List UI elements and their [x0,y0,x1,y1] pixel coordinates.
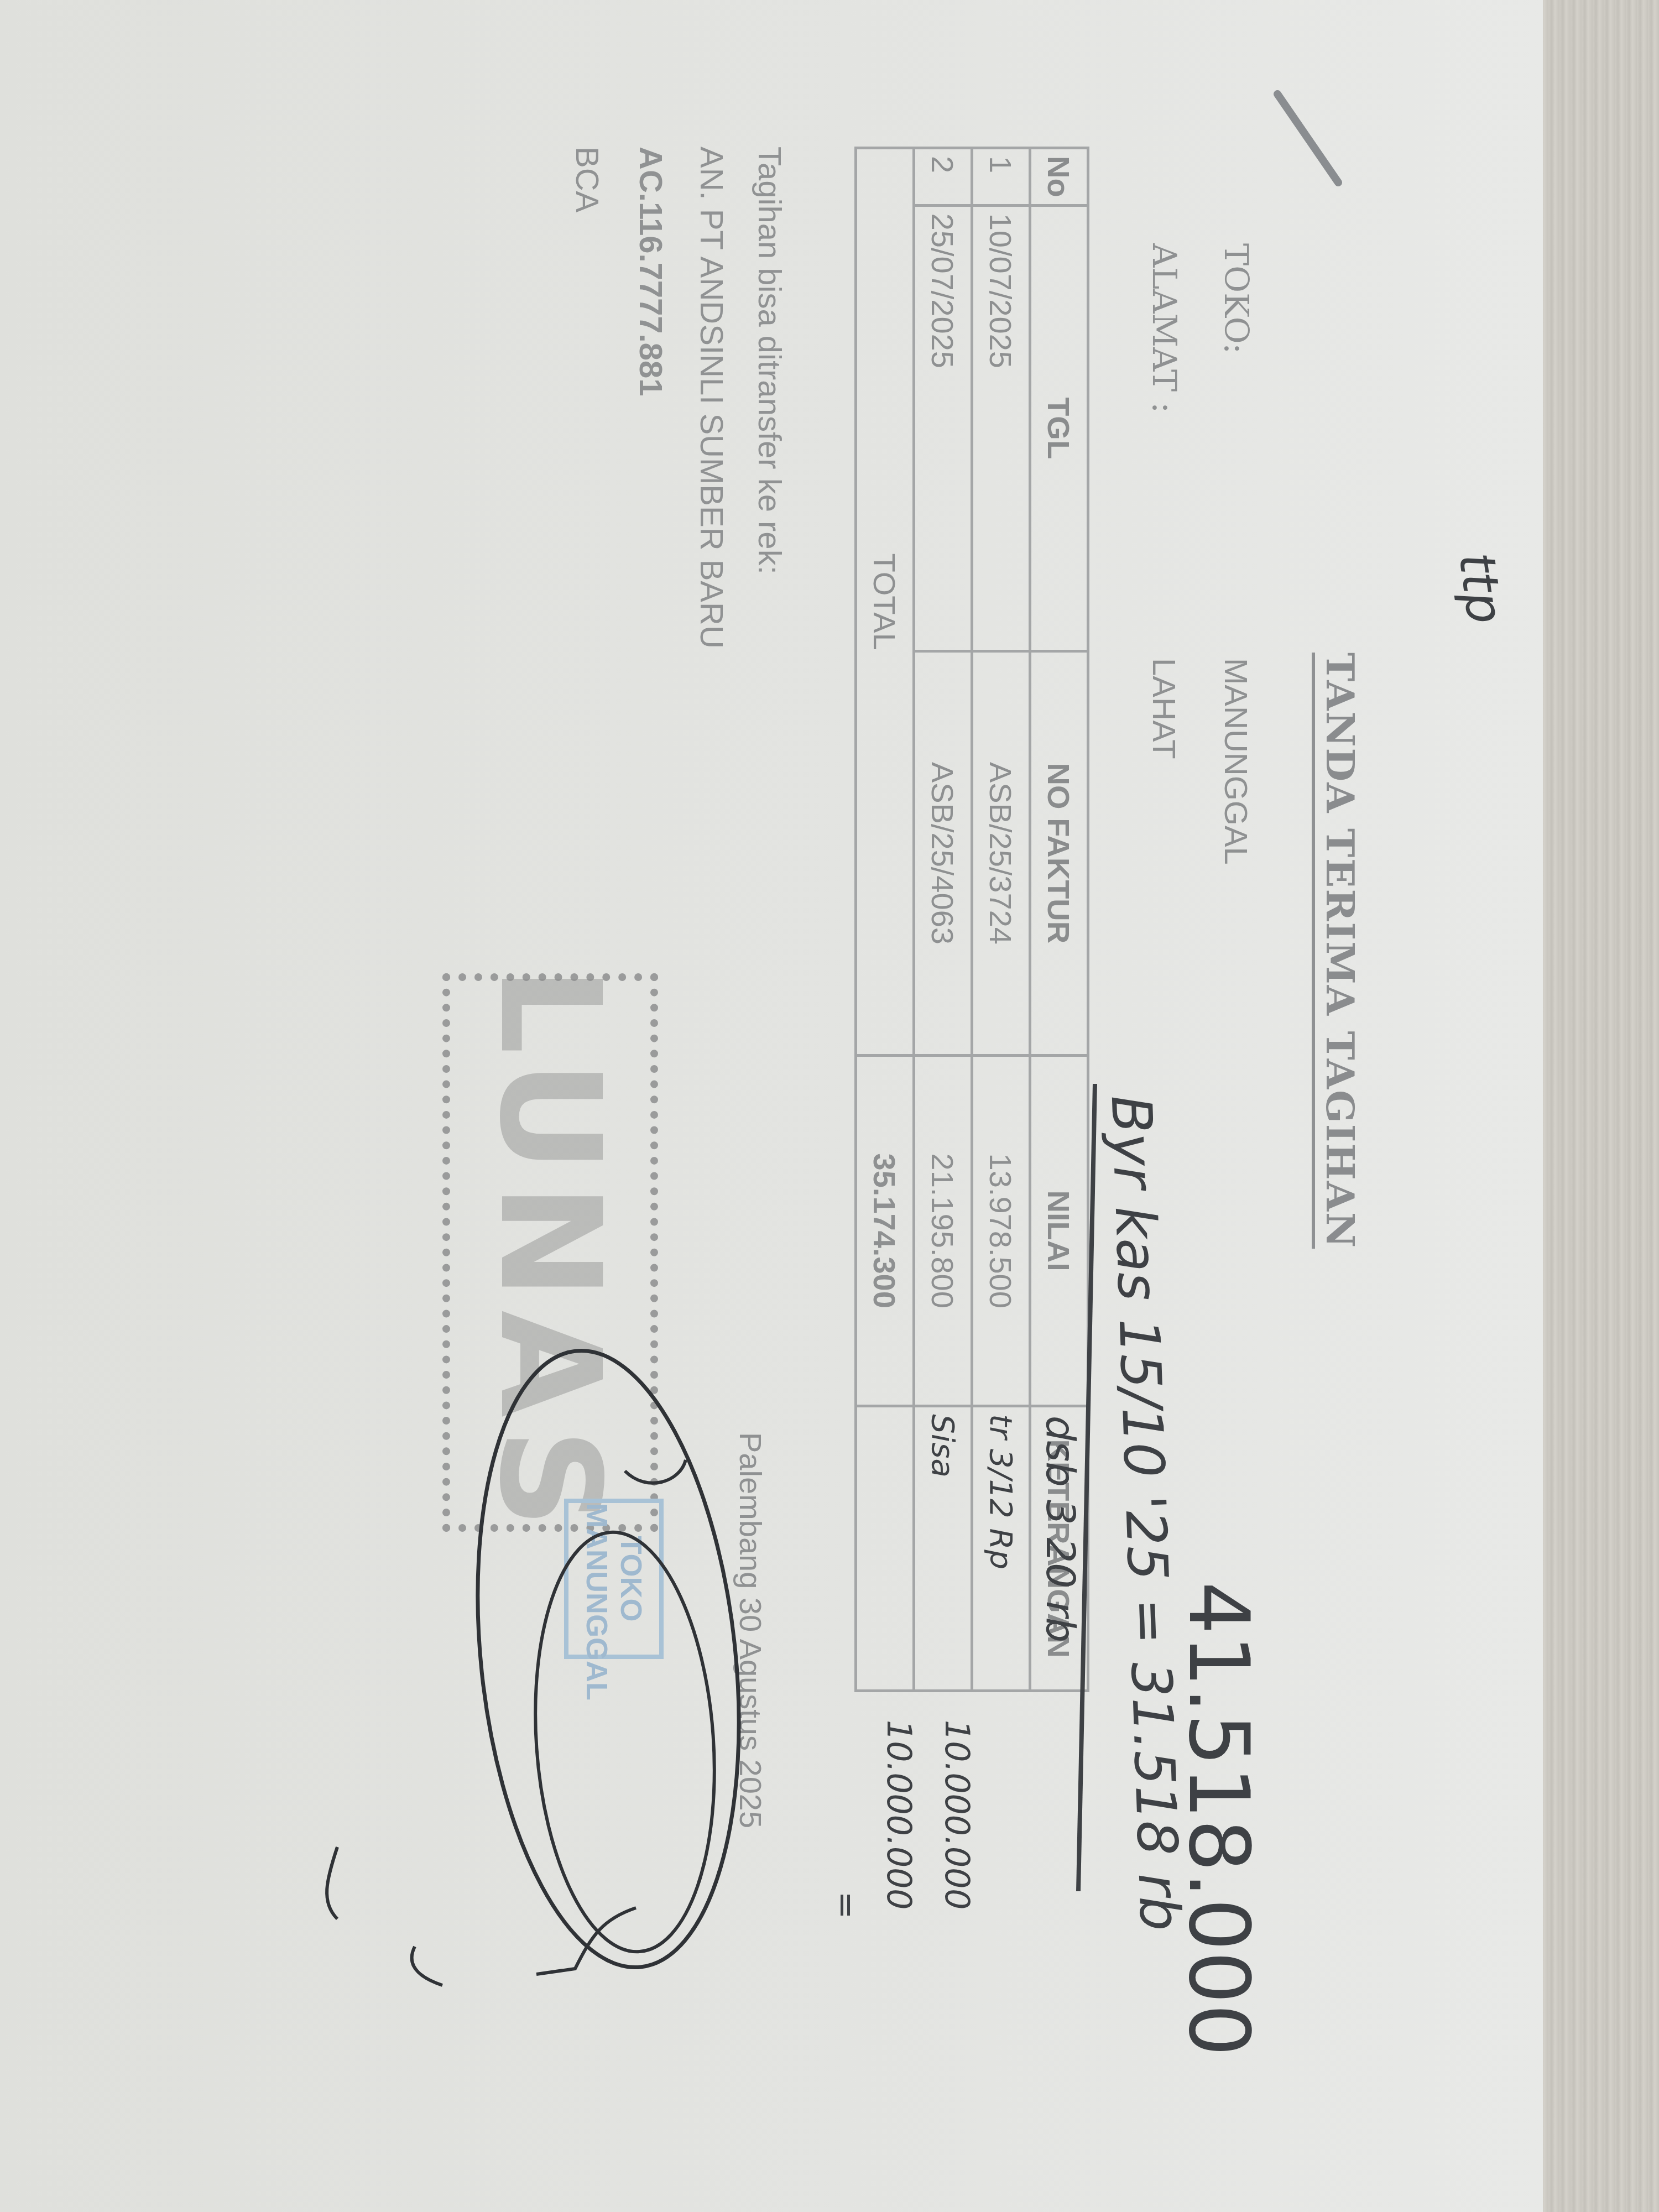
handwritten-keterangan-note: dsb 3 20 rb [1037,1416,1084,1642]
signature-check-mark [412,1947,442,1985]
alamat-value: LAHAT [1145,658,1182,759]
handwritten-equals: = [827,1891,865,1919]
cell-nilai: 13.978.500 [972,1056,1030,1406]
store-stamp-line1: TOKO [614,1503,648,1655]
payment-note-line1: Tagihan bisa ditransfer ke rek: [751,147,788,575]
toko-value: MANUNGGAL [1217,658,1254,865]
store-stamp: TOKO MANUNGGAL [564,1499,664,1659]
paid-stamp: LUNAS [442,973,658,1532]
total-value: 35.174.300 [856,1056,914,1406]
place-date: Palembang 30 Agustus 2025 [733,1432,769,1828]
cell-tgl: 25/07/2025 [914,205,972,651]
handwritten-row1-amount: 10.000.000 [937,1720,976,1910]
toko-label: TOKO [1217,243,1255,344]
handwritten-row2-amount: 10.000.000 [879,1720,918,1910]
payment-bank: BCA [568,147,606,212]
total-label: TOTAL [856,148,914,1056]
cell-nilai: 21.195.800 [914,1056,972,1406]
handwritten-mark: ttp [1447,549,1515,627]
table-row: 2 25/07/2025 ASB/25/4063 21.195.800 Sisa [914,148,972,1691]
document-title: TANDA TERIMA TAGIHAN [1312,653,1363,1249]
toko-separator: : [1217,343,1255,354]
total-keterangan-empty [856,1406,914,1691]
cell-keterangan: tr 3/12 Rp [972,1406,1030,1691]
cell-no: 1 [972,148,1030,206]
cell-no: 2 [914,148,972,206]
header-no: No [1030,148,1088,206]
invoice-receipt-document: TANDA TERIMA TAGIHAN TOKO : MANUNGGAL AL… [0,0,1543,2212]
cell-no-faktur: ASB/25/4063 [914,651,972,1056]
header-no-faktur: NO FAKTUR [1030,651,1088,1056]
staple-icon [1277,94,1338,182]
cell-no-faktur: ASB/25/3724 [972,651,1030,1056]
cell-keterangan: Sisa [914,1406,972,1691]
header-nilai: NILAI [1030,1056,1088,1406]
alamat-label: ALAMAT : [1145,243,1183,413]
signature-flourish [327,1847,337,1919]
payment-account-name: AN. PT ANDSINLI SUMBER BARU [693,147,730,649]
signature-tail [536,1908,636,1974]
cell-tgl: 10/07/2025 [972,205,1030,651]
table-row: 1 10/07/2025 ASB/25/3724 13.978.500 tr 3… [972,148,1030,1691]
table-total-row: TOTAL 35.174.300 [856,148,914,1691]
header-tgl: TGL [1030,205,1088,651]
store-stamp-line2: MANUNGGAL [580,1503,614,1655]
handwritten-calc-line: Byr kas 15/10 '25 = 31.518 rb [1099,1094,1193,1932]
desk-background [1537,0,1659,2212]
payment-account-number: AC.116.7777.881 [632,147,669,396]
